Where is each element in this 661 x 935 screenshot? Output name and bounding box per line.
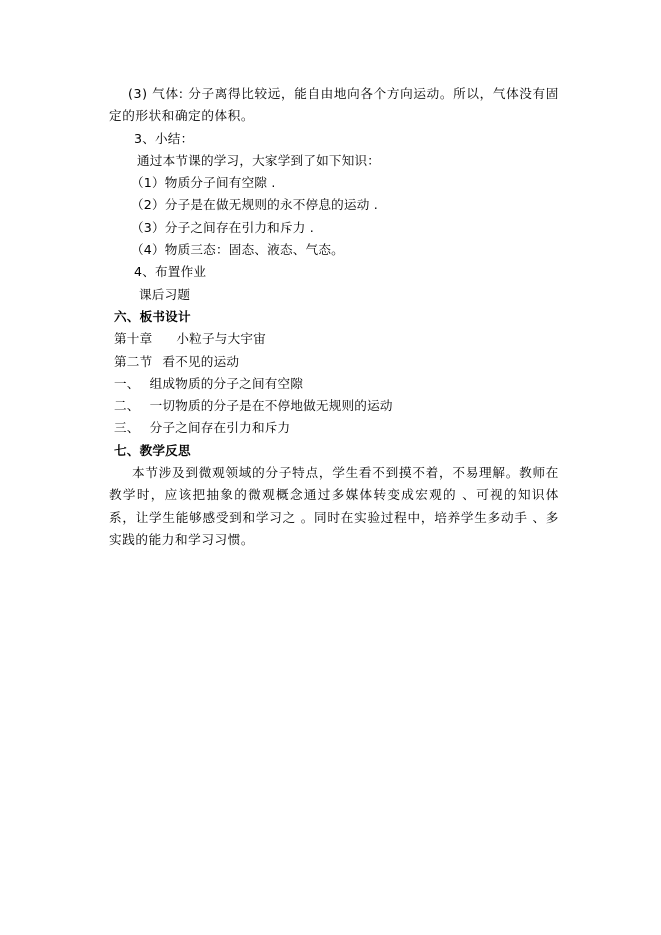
board-point-number: 一、 bbox=[114, 376, 140, 391]
board-point-text: 分子之间存在引力和斥力 bbox=[150, 420, 291, 435]
reflection-heading: 七、教学反思 bbox=[109, 440, 557, 462]
summary-intro: 通过本节课的学习，大家学到了如下知识： bbox=[109, 150, 557, 172]
chapter-line: 第十章小粒子与大宇宙 bbox=[109, 328, 557, 350]
board-point-text: 组成物质的分子之间有空隙 bbox=[150, 376, 304, 391]
document-page: (3) 气体: 分子离得比较远，能自由地向各个方向运动。所以，气体没有固定的形状… bbox=[109, 83, 557, 551]
reflection-paragraph: 本节涉及到微观领域的分子特点，学生看不到摸不着，不易理解。教师在教学时，应该把抽… bbox=[109, 462, 559, 551]
summary-item: （2）分子是在做无规则的永不停息的运动 . bbox=[109, 194, 557, 216]
section-line: 第二节看不见的运动 bbox=[109, 351, 557, 373]
board-point-text: 一切物质的分子是在不停地做无规则的运动 bbox=[150, 398, 393, 413]
section-title: 看不见的运动 bbox=[162, 354, 239, 369]
homework-heading: 4、布置作业 bbox=[109, 261, 557, 283]
board-point-number: 三、 bbox=[114, 420, 140, 435]
homework-text: 课后习题 bbox=[109, 284, 557, 306]
gas-paragraph: (3) 气体: 分子离得比较远，能自由地向各个方向运动。所以，气体没有固定的形状… bbox=[109, 83, 559, 128]
board-point: 一、组成物质的分子之间有空隙 bbox=[109, 373, 557, 395]
board-point: 二、一切物质的分子是在不停地做无规则的运动 bbox=[109, 395, 557, 417]
summary-item: （1）物质分子间有空隙 . bbox=[109, 172, 557, 194]
summary-item: （3）分子之间存在引力和斥力 . bbox=[109, 217, 557, 239]
chapter-title: 小粒子与大宇宙 bbox=[176, 331, 266, 346]
chapter-label: 第十章 bbox=[114, 331, 152, 346]
board-point: 三、分子之间存在引力和斥力 bbox=[109, 417, 557, 439]
section-label: 第二节 bbox=[114, 354, 152, 369]
board-design-heading: 六、板书设计 bbox=[109, 306, 557, 328]
summary-item: （4）物质三态：固态、液态、气态。 bbox=[109, 239, 557, 261]
board-point-number: 二、 bbox=[114, 398, 140, 413]
summary-heading: 3、小结： bbox=[109, 128, 557, 150]
